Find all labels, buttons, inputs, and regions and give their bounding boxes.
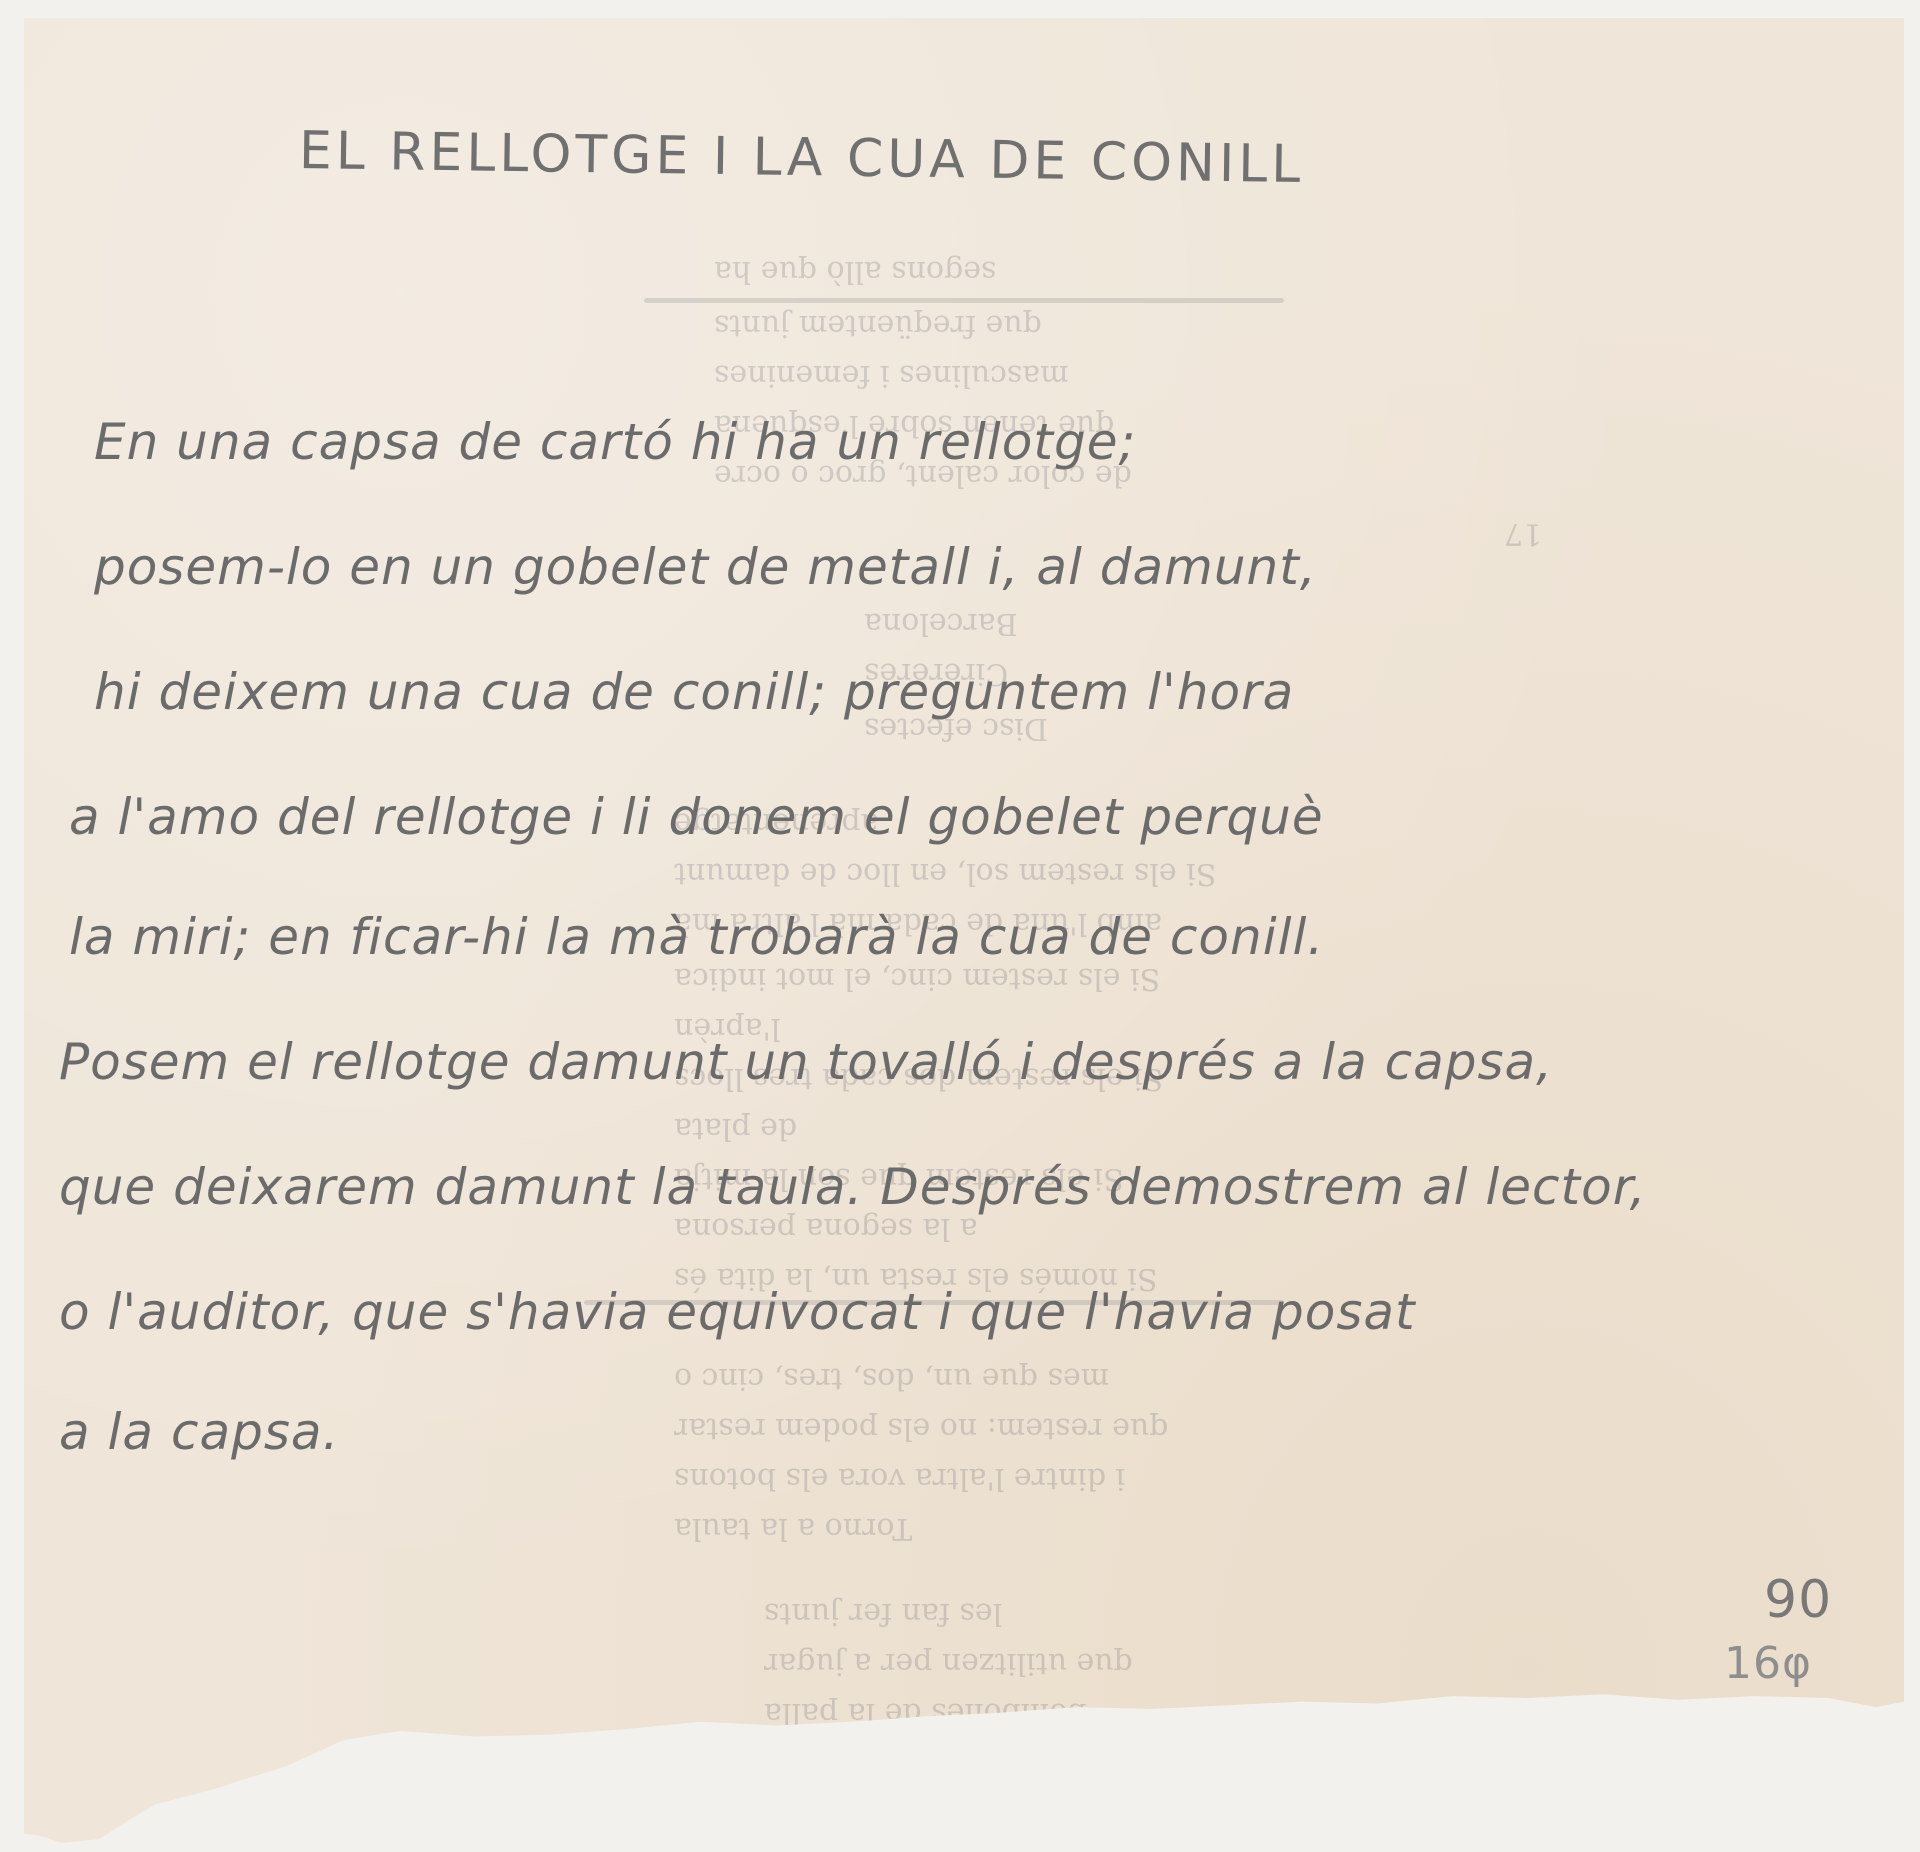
page-number: 90 [1764,1570,1832,1630]
handwritten-line: la miri; en ficar-hi la mà trobarà la cu… [69,908,1324,966]
show-through-text: segons allò que ha [714,256,996,286]
show-through-text: que restem: no els podem restar [674,1413,1168,1443]
show-through-rule [644,298,1284,303]
show-through-text: Barcelona [864,608,1018,638]
handwritten-line: a l'amo del rellotge i li donem el gobel… [69,788,1324,846]
show-through-text: que utilitzen per a jugar [764,1648,1133,1678]
handwritten-line: que deixarem damunt la taula. Després de… [59,1158,1647,1216]
show-through-text: Si els restem cinc, el mot indica [674,963,1160,993]
handwritten-line: o l'auditor, que s'havia equivocat i que… [59,1283,1416,1341]
show-through-text: bombolles de la palla [764,1698,1087,1728]
handwritten-line: En una capsa de cartó hi ha un rellotge; [94,413,1136,471]
document-title: EL RELLOTGE I LA CUA DE CONILL [299,121,1305,195]
handwritten-line: a la capsa. [59,1403,339,1461]
paper-sheet: segons allò que ha que freqüentem junts … [24,18,1904,1852]
show-through-text: que freqüentem junts [714,310,1042,340]
page-number-secondary: 16φ [1724,1638,1812,1689]
show-through-text: les fan fer junts [764,1598,1002,1628]
show-through-text: mes que un, dos, tres, cinc o [674,1363,1109,1393]
show-through-text: a la segona persona [674,1213,978,1243]
show-through-text: de plata [674,1113,797,1143]
show-through-text: Si els restem sol, en lloc de damunt [674,858,1216,888]
handwritten-line: Posem el rellotge damunt un tovalló i de… [59,1033,1553,1091]
show-through-text: 17 [1504,518,1542,548]
show-through-text: i dintre l'altra vora els botons [674,1463,1125,1493]
show-through-text: masculines i femenines [714,360,1069,390]
show-through-text: Torno a la taula [674,1513,912,1543]
handwritten-line: posem-lo en un gobelet de metall i, al d… [94,538,1317,596]
handwritten-line: hi deixem una cua de conill; preguntem l… [94,663,1294,721]
